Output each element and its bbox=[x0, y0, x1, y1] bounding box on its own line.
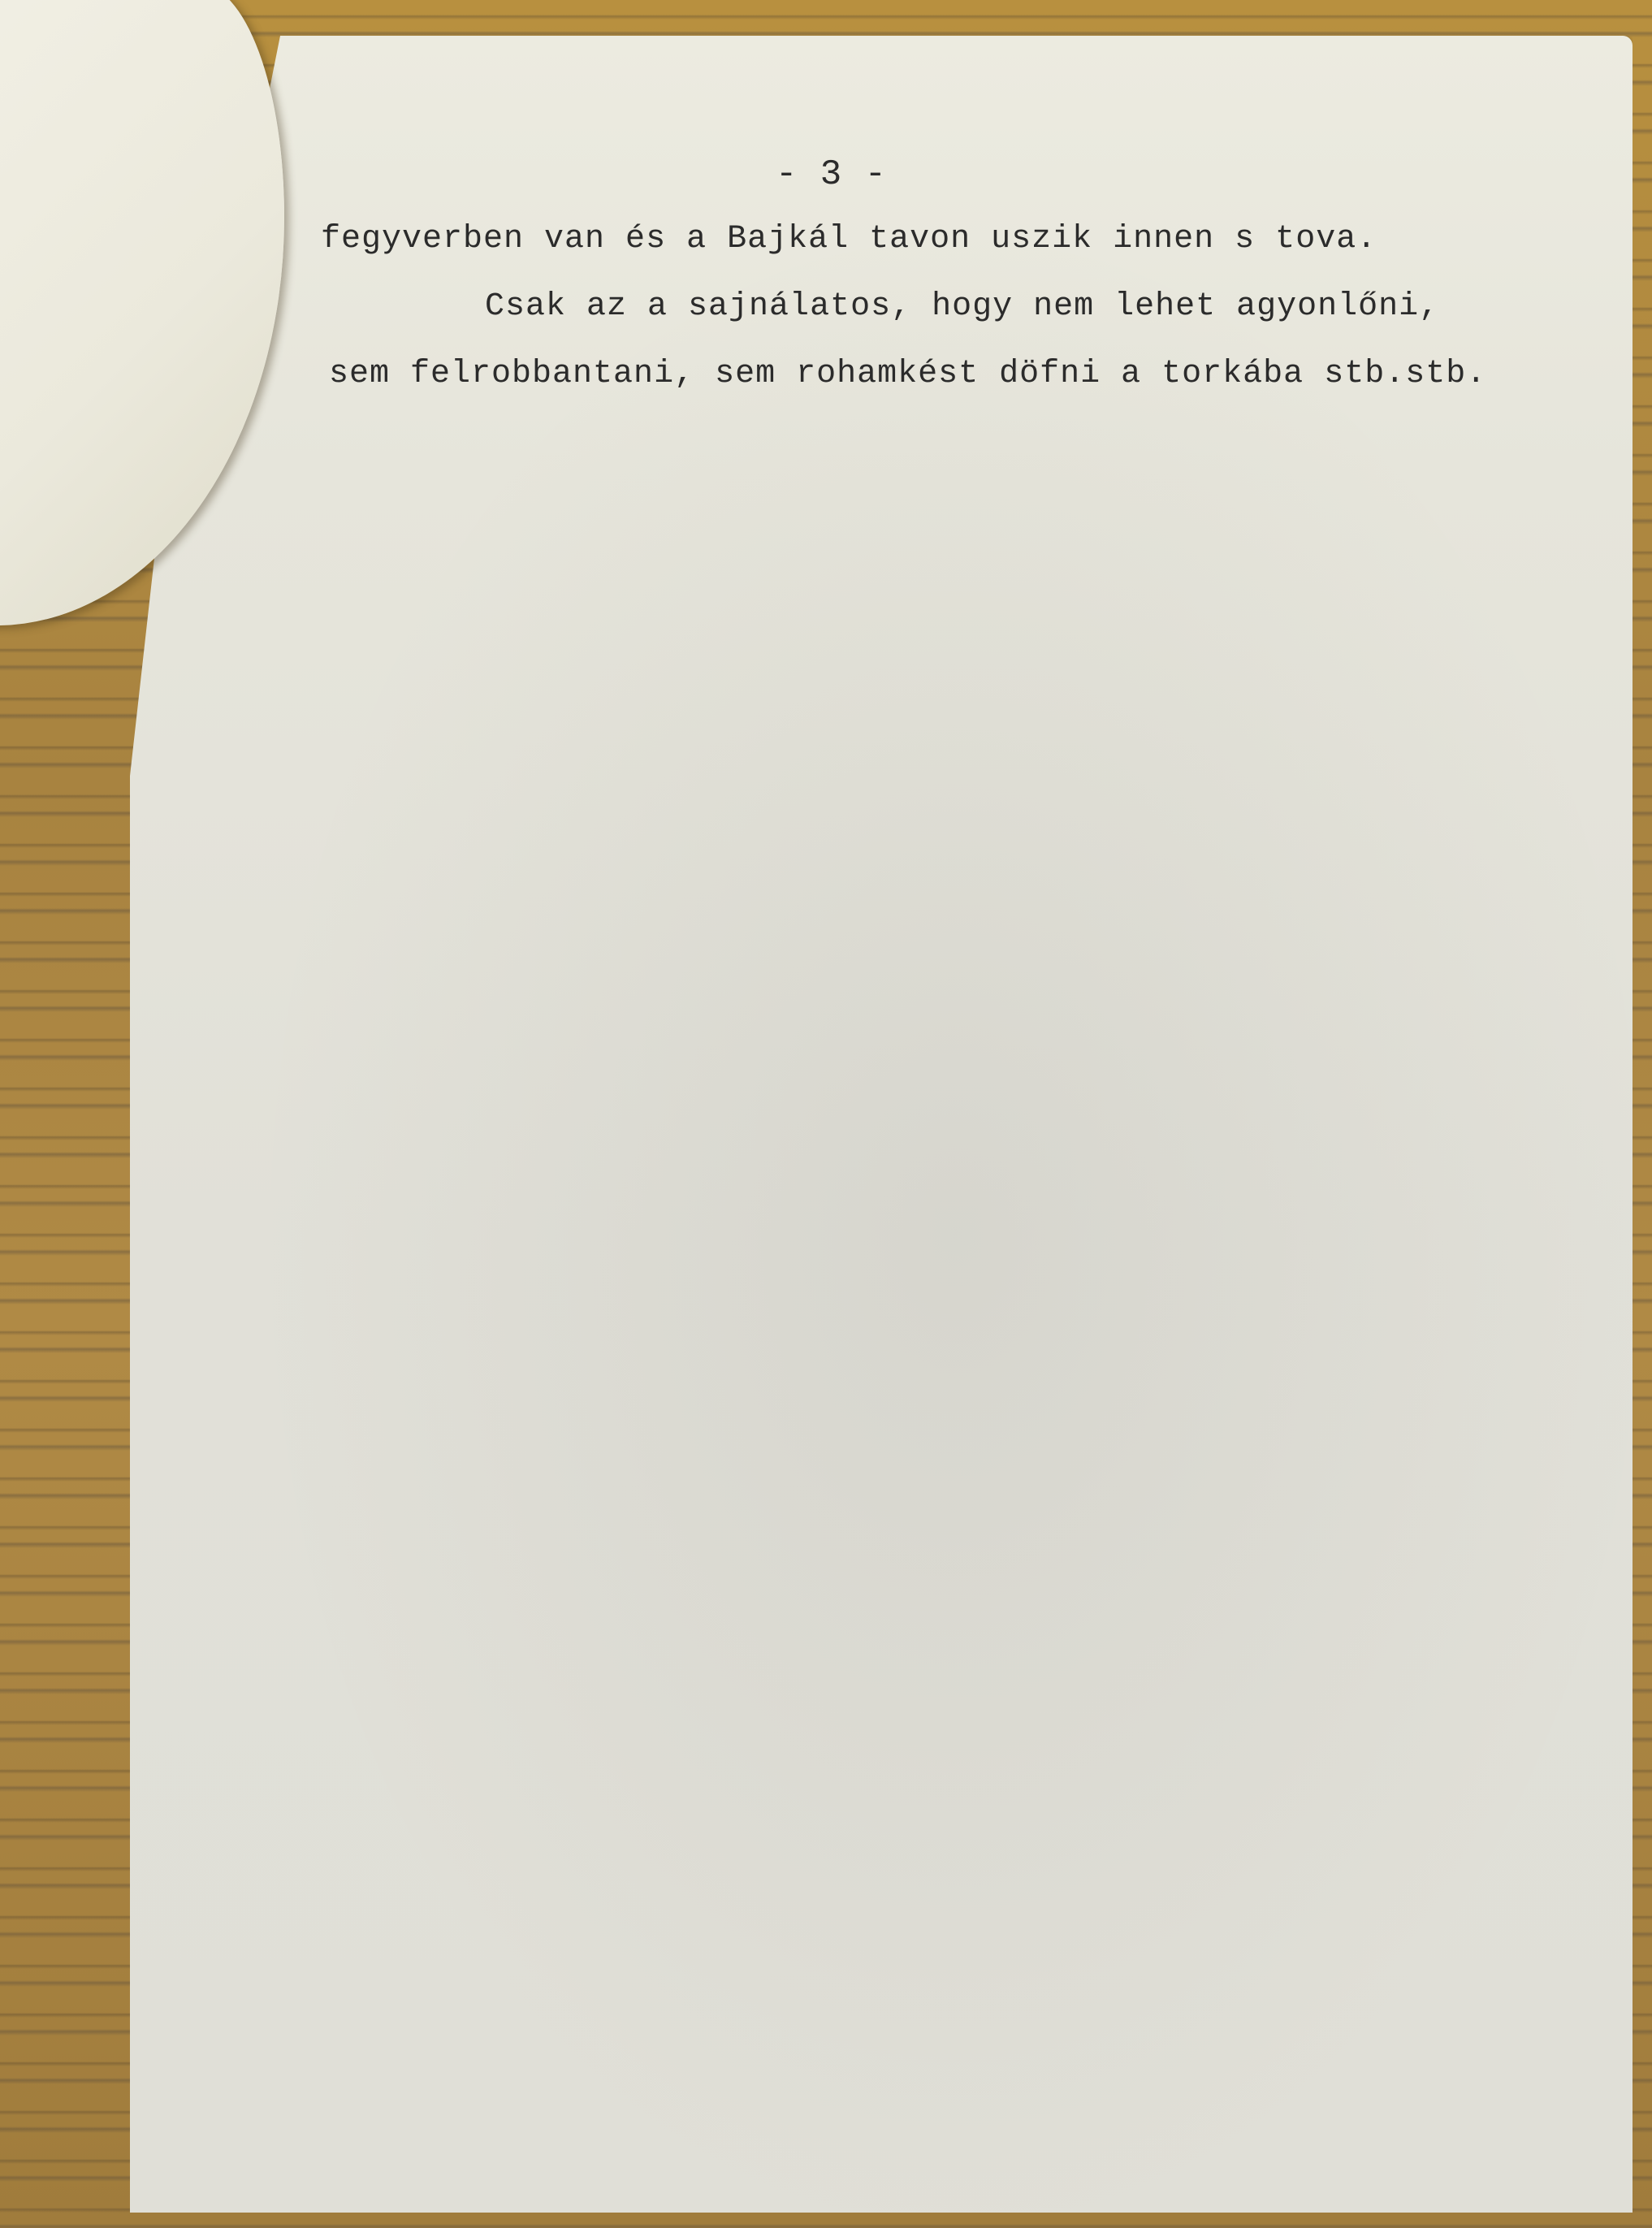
typed-text-block: - 3 - fegyverben van és a Bajkál tavon u… bbox=[0, 0, 1652, 2228]
page-number: - 3 - bbox=[776, 154, 887, 195]
text-line: Csak az a sajnálatos, hogy nem lehet agy… bbox=[485, 288, 1439, 325]
text-line: sem felrobbantani, sem rohamkést döfni a… bbox=[329, 356, 1486, 392]
text-line: fegyverben van és a Bajkál tavon uszik i… bbox=[321, 221, 1377, 257]
